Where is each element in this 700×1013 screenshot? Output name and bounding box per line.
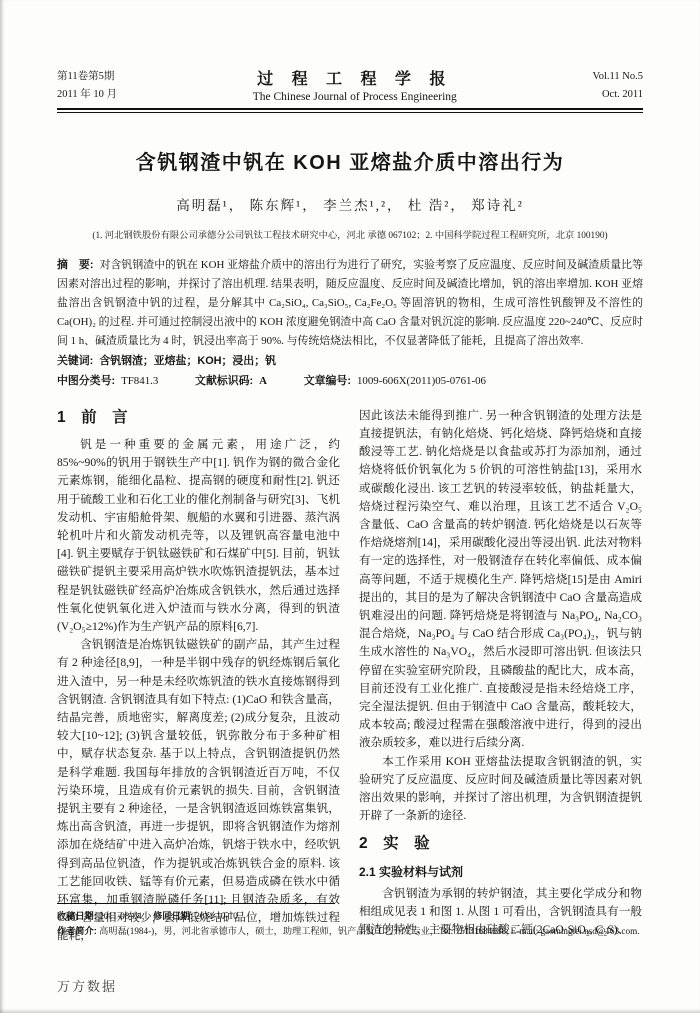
received-label: 收稿日期: <box>57 911 97 921</box>
clc-pair: 中图分类号:TF841.3 <box>57 375 158 387</box>
header-vol-info: Vol.11 No.5 Oct. 2011 <box>593 68 643 103</box>
section-2-heading: 2 实 验 <box>359 835 642 853</box>
paper-page: 第11卷第5期 2011 年 10 月 过 程 工 程 学 报 The Chin… <box>0 0 700 1013</box>
header-issue-info: 第11卷第5期 2011 年 10 月 <box>57 68 117 103</box>
article-id-pair: 文章编号:1009-606X(2011)05-0761-06 <box>304 375 486 387</box>
header-divider <box>57 108 643 113</box>
right-column: 因此该法未能得到推广. 另一种含钒钢渣的处理方法是直接提钒法，有钠化焙烧、钙化焙… <box>359 407 642 945</box>
right-paragraph-2: 本工作采用 KOH 亚熔盐法提取含钒钢渣的钒，实验研究了反应温度、反应时间及碱渣… <box>359 753 642 826</box>
footnote-divider <box>57 903 335 904</box>
classification-line: 中图分类号:TF841.3 文献标识码:A 文章编号:1009-606X(201… <box>57 372 643 391</box>
keywords-label: 关键词: <box>57 355 93 367</box>
left-paragraph-2: 含钒钢渣是冶炼钒钛磁铁矿的副产品，其产生过程有 2 种途径[8,9]，一种是半钢… <box>57 636 340 945</box>
keywords-text: 含钒钢渣；亚熔盐；KOH；浸出；钒 <box>99 355 276 367</box>
body-columns: 1 前 言 钒是一种重要的金属元素，用途广泛，约 85%~90%的钒用于钢铁生产… <box>57 407 643 945</box>
right-paragraph-1: 因此该法未能得到推广. 另一种含钒钢渣的处理方法是直接提钒法，有钠化焙烧、钙化焙… <box>359 407 642 753</box>
left-column: 1 前 言 钒是一种重要的金属元素，用途广泛，约 85%~90%的钒用于钢铁生产… <box>57 407 340 945</box>
issue-date-en: Oct. 2011 <box>593 86 643 103</box>
revised-label: 修回日期: <box>153 911 193 921</box>
received-value: 2011-08-04， <box>99 911 151 921</box>
journal-name-cn: 过 程 工 程 学 报 <box>253 66 457 89</box>
footnote-dates-line: 收稿日期: 2011-08-04， 修回日期: 2011-10-10 <box>57 909 643 924</box>
section-1-heading: 1 前 言 <box>57 409 340 427</box>
journal-name-en: The Chinese Journal of Process Engineeri… <box>253 91 457 103</box>
doc-code-pair: 文献标识码:A <box>195 375 267 387</box>
left-paragraph-1: 钒是一种重要的金属元素，用途广泛，约 85%~90%的钒用于钢铁生产中[1]. … <box>57 436 340 636</box>
author-line: 高明磊¹， 陈东辉¹， 李兰杰¹,²， 杜 浩²， 郑诗礼² <box>57 194 643 214</box>
journal-header: 第11卷第5期 2011 年 10 月 过 程 工 程 学 报 The Chin… <box>57 66 643 103</box>
revised-value: 2011-10-10 <box>195 911 238 921</box>
wanfang-watermark: 万方数据 <box>57 976 117 995</box>
abstract-paragraph: 摘 要:对含钒钢渣中的钒在 KOH 亚熔盐介质中的溶出行为进行了研究，实验考察了… <box>57 256 643 351</box>
vol-no: Vol.11 No.5 <box>593 68 643 85</box>
paper-title: 含钒钢渣中钒在 KOH 亚熔盐介质中溶出行为 <box>57 146 643 175</box>
section-2-1-heading: 2.1 实验材料与试剂 <box>359 863 642 881</box>
footnote-bio-line: 作者简介: 高明磊(1984-)，男，河北省承德市人，硕士，助理工程师，钒产品及… <box>57 924 643 939</box>
affiliation-line: (1. 河北钢铁股份有限公司承德分公司钒钛工程技术研究中心，河北 承德 0671… <box>57 227 643 241</box>
clc-value: TF841.3 <box>121 375 158 387</box>
bio-label: 作者简介: <box>57 926 97 936</box>
clc-label: 中图分类号: <box>57 375 115 387</box>
keywords-line: 关键词:含钒钢渣；亚熔盐；KOH；浸出；钒 <box>57 352 643 371</box>
doc-code-label: 文献标识码: <box>195 375 253 387</box>
issue-date-cn: 2011 年 10 月 <box>57 86 117 103</box>
abstract-text: 对含钒钢渣中的钒在 KOH 亚熔盐介质中的溶出行为进行了研究，实验考察了反应温度… <box>57 259 643 347</box>
article-id-value: 1009-606X(2011)05-0761-06 <box>357 375 486 387</box>
bio-value: 高明磊(1984-)，男，河北省承德市人，硕士，助理工程师，钒产品及工艺开发专业… <box>99 926 639 936</box>
doc-code-value: A <box>259 375 267 387</box>
journal-name-block: 过 程 工 程 学 报 The Chinese Journal of Proce… <box>253 66 457 103</box>
abstract-label: 摘 要: <box>57 259 93 271</box>
volume-issue: 第11卷第5期 <box>57 68 117 85</box>
footnote-block: 收稿日期: 2011-08-04， 修回日期: 2011-10-10 作者简介:… <box>57 903 643 939</box>
article-id-label: 文章编号: <box>304 375 351 387</box>
